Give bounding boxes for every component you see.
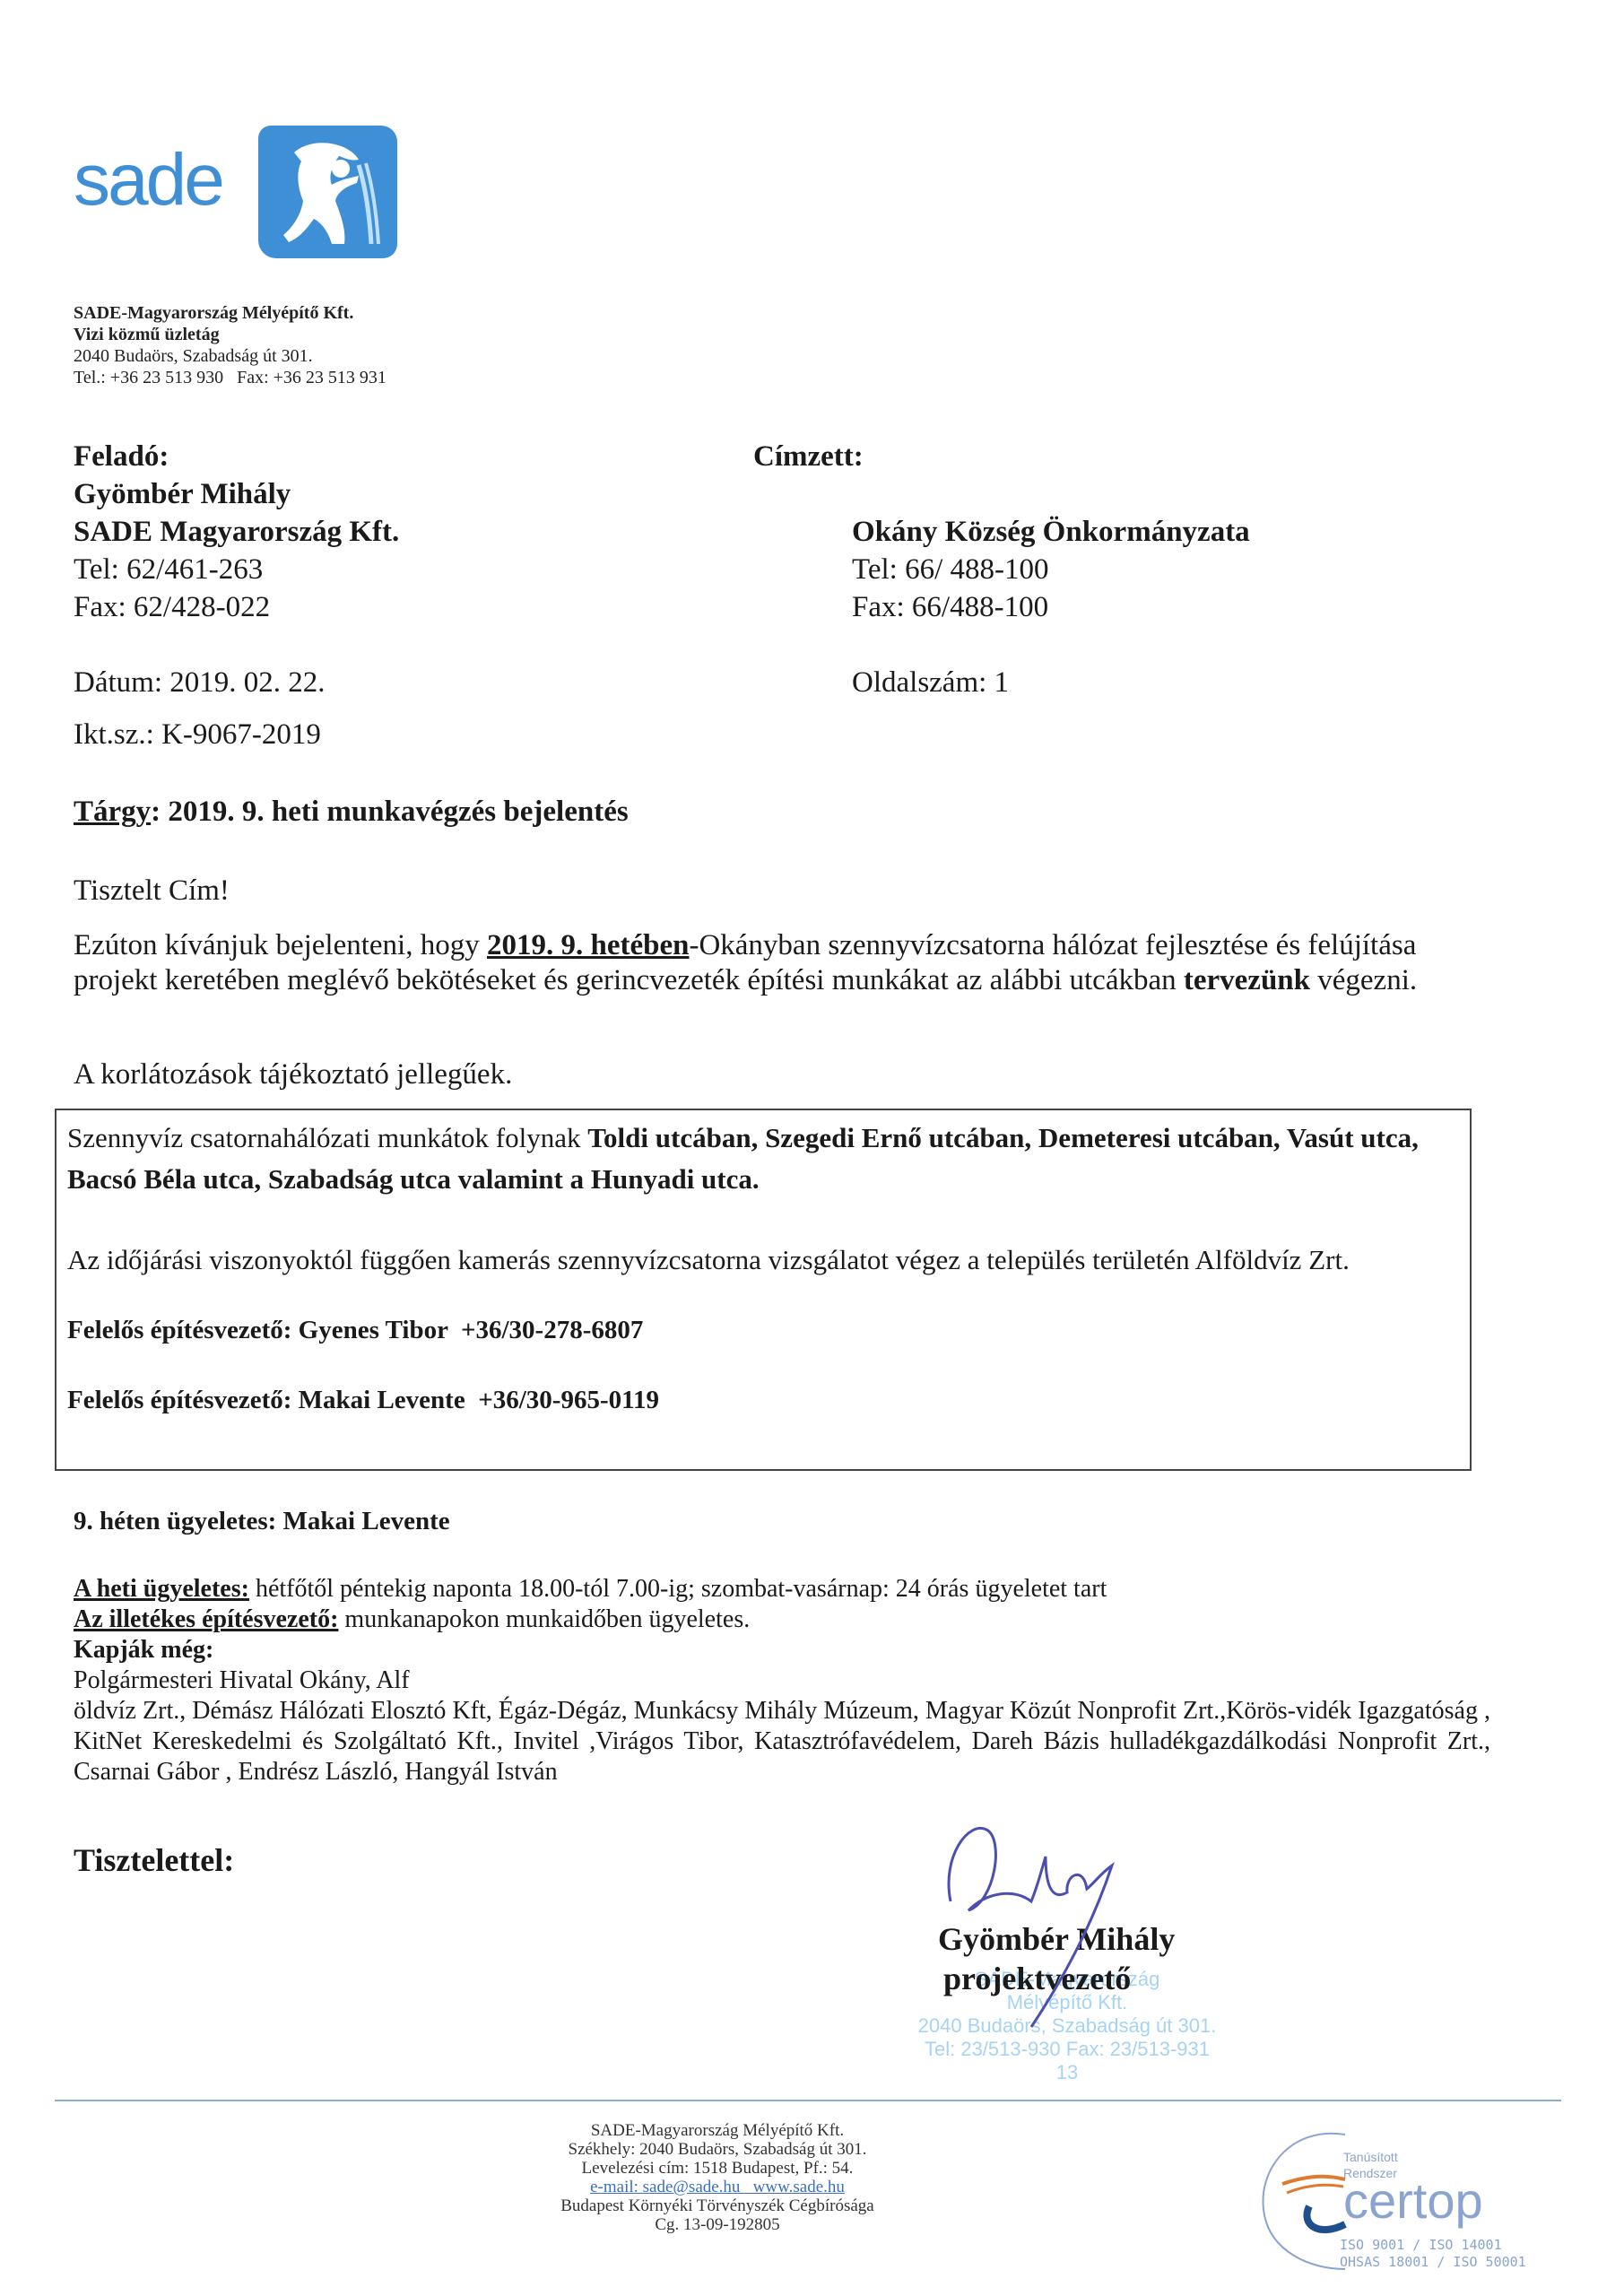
- week-duty: 9. héten ügyeletes: Makai Levente: [74, 1507, 450, 1536]
- cc-line-1: Polgármesteri Hivatal Okány, Alf: [74, 1665, 1490, 1696]
- body-text: végezni.: [1310, 964, 1417, 996]
- company-header: SADE-Magyarország Mélyépítő Kft. Vizi kö…: [74, 302, 386, 388]
- company-division: Vizi közmű üzletág: [74, 324, 386, 345]
- recipient-tel: Tel: 66/ 488-100: [852, 551, 1250, 588]
- page-number: Oldalszám: 1: [852, 664, 1009, 701]
- sender-block: Feladó: Gyömbér Mihály SADE Magyarország…: [74, 438, 399, 626]
- stamp-line: Tel: 23/513-930 Fax: 23/513-931: [906, 2038, 1229, 2061]
- footer-court: Budapest Környéki Törvényszék Cégbíróság…: [502, 2196, 933, 2215]
- sender-name: Gyömbér Mihály: [74, 475, 399, 513]
- greeting: Tisztelt Cím!: [74, 874, 230, 908]
- work-info-box: Szennyvíz csatornahálózati munkátok foly…: [55, 1109, 1472, 1471]
- sender-company: SADE Magyarország Kft.: [74, 513, 399, 551]
- date-field: Dátum: 2019. 02. 22.: [74, 664, 325, 701]
- weekly-duty-text: hétfőtől péntekig naponta 18.00-tól 7.00…: [249, 1575, 1107, 1603]
- weekly-duty-label: A heti ügyeletes:: [74, 1575, 249, 1603]
- recipient-fax: Fax: 66/488-100: [852, 588, 1250, 626]
- company-address: 2040 Budaörs, Szabadság út 301.: [74, 345, 386, 367]
- certop-line: Tanúsított: [1343, 2149, 1398, 2165]
- recipient-name: Okány Község Önkormányzata: [852, 513, 1250, 551]
- sender-tel: Tel: 62/461-263: [74, 551, 399, 588]
- footer-links[interactable]: e-mail: sade@sade.hu www.sade.hu: [502, 2178, 933, 2196]
- stamp-line: 13: [906, 2061, 1229, 2084]
- sender-fax: Fax: 62/428-022: [74, 588, 399, 626]
- camera-note: Az időjárási viszonyoktól függően kamerá…: [67, 1239, 1459, 1281]
- body-text: Ezúton kívánjuk bejelenteni, hogy: [74, 929, 487, 961]
- subject-label: Tárgy: [74, 796, 151, 828]
- manager-1: Felelős építésvezető: Gyenes Tibor +36/3…: [67, 1309, 1459, 1351]
- sender-label: Feladó:: [74, 438, 399, 475]
- sade-logo-text: sade: [74, 143, 222, 217]
- certop-standard: OHSAS 18001 / ISO 50001: [1340, 2254, 1526, 2271]
- meta-left: Dátum: 2019. 02. 22. Ikt.sz.: K-9067-201…: [74, 664, 325, 753]
- certop-brand: certop: [1343, 2176, 1483, 2226]
- reference-number: Ikt.sz.: K-9067-2019: [74, 716, 325, 753]
- duty-section: A heti ügyeletes: hétfőtől péntekig napo…: [74, 1574, 1490, 1787]
- certop-logo: Tanúsított Rendszer certop ISO 9001 / IS…: [1246, 2126, 1542, 2278]
- restriction-note: A korlátozások tájékoztató jellegűek.: [74, 1058, 512, 1091]
- manager-duty-text: munkanapokon munkaidőben ügyeletes.: [338, 1605, 750, 1633]
- subject-line: Tárgy: 2019. 9. heti munkavégzés bejelen…: [74, 796, 629, 829]
- company-name: SADE-Magyarország Mélyépítő Kft.: [74, 302, 386, 324]
- certop-standard: ISO 9001 / ISO 14001: [1340, 2237, 1526, 2254]
- subject-text: : 2019. 9. heti munkavégzés bejelentés: [151, 796, 629, 828]
- streets-intro: Szennyvíz csatornahálózati munkátok foly…: [67, 1122, 587, 1153]
- footer-reg-number: Cg. 13-09-192805: [502, 2215, 933, 2234]
- footer-line: Levelezési cím: 1518 Budapest, Pf.: 54.: [502, 2159, 933, 2178]
- footer-block: SADE-Magyarország Mélyépítő Kft. Székhel…: [502, 2121, 933, 2234]
- footer-line: Székhely: 2040 Budaörs, Szabadság út 301…: [502, 2140, 933, 2159]
- body-paragraph: Ezúton kívánjuk bejelenteni, hogy 2019. …: [74, 928, 1490, 998]
- weekly-duty-line: A heti ügyeletes: hétfőtől péntekig napo…: [74, 1574, 1490, 1605]
- footer-line: SADE-Magyarország Mélyépítő Kft.: [502, 2121, 933, 2140]
- company-contact: Tel.: +36 23 513 930 Fax: +36 23 513 931: [74, 367, 386, 388]
- signature-icon: [933, 1803, 1255, 2036]
- body-bold: tervezünk: [1184, 964, 1310, 996]
- cc-list: öldvíz Zrt., Démász Hálózati Elosztó Kft…: [74, 1696, 1490, 1787]
- recipient-block: Okány Község Önkormányzata Tel: 66/ 488-…: [852, 513, 1250, 626]
- closing-regards: Tisztelettel:: [74, 1841, 234, 1879]
- cc-label: Kapják még:: [74, 1635, 1490, 1665]
- manager-2: Felelős építésvezető: Makai Levente +36/…: [67, 1379, 1459, 1421]
- manager-duty-label: Az illetékes építésvezető:: [74, 1605, 338, 1633]
- footer-divider: [55, 2100, 1561, 2101]
- week-highlight: 2019. 9. hetében: [487, 929, 690, 961]
- sade-logo-icon: [258, 126, 397, 258]
- manager-duty-line: Az illetékes építésvezető: munkanapokon …: [74, 1605, 1490, 1635]
- streets-paragraph: Szennyvíz csatornahálózati munkátok foly…: [67, 1118, 1459, 1200]
- certop-standards: ISO 9001 / ISO 14001 OHSAS 18001 / ISO 5…: [1340, 2237, 1526, 2271]
- recipient-label: Címzett:: [753, 438, 864, 475]
